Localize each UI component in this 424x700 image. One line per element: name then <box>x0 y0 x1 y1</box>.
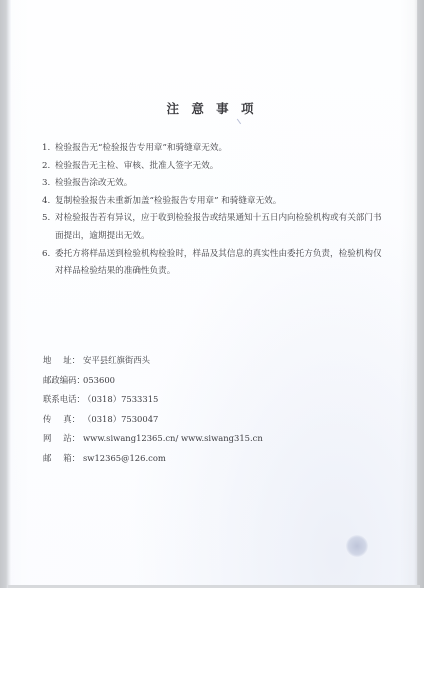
contact-phone: 联系电话： （0318）7533315 <box>43 390 263 410</box>
contact-address: 地 址： 安平县红旗街西头 <box>43 351 263 371</box>
contact-postcode: 邮政编码： 053600 <box>43 371 263 391</box>
contact-value: sw12365@126.com <box>83 449 166 469</box>
notice-text: 对检验报告若有异议，应于收到检验报告或结果通知十五日内向检验机构或有关部门书面提… <box>55 210 387 245</box>
contact-website: 网 站： www.siwang12365.cn/ www.siwang315.c… <box>43 429 263 449</box>
notice-number: 6. <box>42 246 55 281</box>
notice-number: 5. <box>42 210 55 245</box>
notice-text: 检验报告无“检验报告专用章”和骑缝章无效。 <box>55 140 387 158</box>
contact-value: 053600 <box>83 371 115 391</box>
notice-item: 5. 对检验报告若有异议，应于收到检验报告或结果通知十五日内向检验机构或有关部门… <box>42 210 387 245</box>
contact-value: （0318）7530047 <box>83 410 158 430</box>
notice-number: 3. <box>42 175 55 193</box>
contact-value: （0318）7533315 <box>83 390 158 410</box>
contact-label: 地 址： <box>43 351 80 371</box>
contact-label: 邮 箱： <box>43 449 80 469</box>
contact-label: 传 真： <box>43 410 80 430</box>
notice-text: 检验报告涂改无效。 <box>55 175 387 193</box>
notice-item: 4. 复制检验报告未重新加盖“检验报告专用章” 和骑缝章无效。 <box>42 193 387 211</box>
notice-text: 委托方将样品送到检验机构检验时，样品及其信息的真实性由委托方负责，检验机构仅对样… <box>55 246 387 281</box>
notice-text: 复制检验报告未重新加盖“检验报告专用章” 和骑缝章无效。 <box>55 193 387 211</box>
notice-item: 1. 检验报告无“检验报告专用章”和骑缝章无效。 <box>42 140 387 158</box>
notice-number: 1. <box>42 140 55 158</box>
contact-label: 联系电话： <box>43 390 83 410</box>
contact-value: 安平县红旗街西头 <box>83 351 150 371</box>
notice-text: 检验报告无主检、审核、批准人签字无效。 <box>55 158 387 176</box>
stamp-mark-icon <box>346 535 368 557</box>
notice-number: 4. <box>42 193 55 211</box>
contact-label: 网 站： <box>43 429 80 449</box>
page-bottom-edge <box>8 585 420 588</box>
contact-email: 邮 箱： sw12365@126.com <box>43 449 263 469</box>
notice-list: 1. 检验报告无“检验报告专用章”和骑缝章无效。 2. 检验报告无主检、审核、批… <box>42 140 387 281</box>
notice-item: 2. 检验报告无主检、审核、批准人签字无效。 <box>42 158 387 176</box>
contact-fax: 传 真： （0318）7530047 <box>43 410 263 430</box>
contact-value: www.siwang12365.cn/ www.siwang315.cn <box>83 429 263 449</box>
notice-item: 3. 检验报告涂改无效。 <box>42 175 387 193</box>
page-surface <box>11 0 417 585</box>
notice-number: 2. <box>42 158 55 176</box>
page-title: 注 意 事 项 <box>0 99 424 117</box>
contact-info: 地 址： 安平县红旗街西头 邮政编码： 053600 联系电话： （0318）7… <box>43 351 263 469</box>
notice-item: 6. 委托方将样品送到检验机构检验时，样品及其信息的真实性由委托方负责，检验机构… <box>42 246 387 281</box>
contact-label: 邮政编码： <box>43 371 83 391</box>
